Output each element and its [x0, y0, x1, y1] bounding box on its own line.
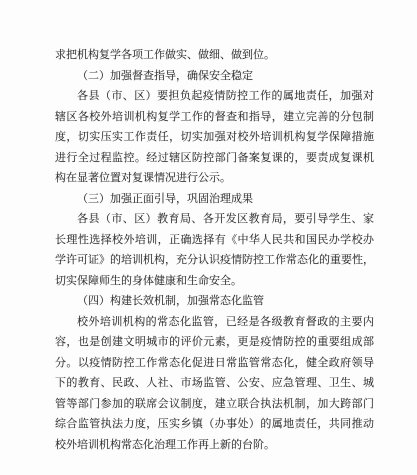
text-line: 各县（市、区）要担负起疫情防控工作的属地责任，加强对 — [55, 86, 374, 107]
text-line: 学许可证》的培训机构，充分认识疫情防控工作常态化的重要性， — [55, 250, 374, 271]
scanned-document-page: 求把机构复学各项工作做实、做细、做到位。（二）加强督查指导，确保安全稳定各县（市… — [0, 0, 417, 475]
text-line: 长理性选择校外培训，正确选择有《中华人民共和国民办学校办 — [55, 230, 374, 251]
text-line: 度，切实压实工作责任，切实加强对校外培训机构复学保障措施 — [55, 127, 374, 148]
text-line: （二）加强督查指导，确保安全稳定 — [55, 66, 374, 87]
text-line: （四）构建长效机制，加强常态化监管 — [55, 291, 374, 312]
text-line: 构在显著位置对复课情况进行公示。 — [55, 168, 374, 189]
text-line: 综合监管执法力度，压实乡镇（办事处）的属地责任，共同推动 — [55, 414, 374, 435]
text-line: （三）加强正面引导，巩固治理成果 — [55, 189, 374, 210]
document-text-block: 求把机构复学各项工作做实、做细、做到位。（二）加强督查指导，确保安全稳定各县（市… — [55, 45, 374, 455]
text-line: 校外培训机构的常态化监管，已经是各级教育督政的主要内 — [55, 312, 374, 333]
text-line: 各县（市、区）教育局、各开发区教育局，要引导学生、家 — [55, 209, 374, 230]
text-line: 下的教育、民政、人社、市场监管、公安、应急管理、卫生、城 — [55, 373, 374, 394]
text-line: 辖区各校外培训机构复学工作的督查和指导，建立完善的分包制 — [55, 107, 374, 128]
text-line: 进行全过程监控。经过辖区防控部门备案复课的，要责成复课机 — [55, 148, 374, 169]
text-line: 管等部门参加的联席会议制度，建立联合执法机制，加大跨部门 — [55, 394, 374, 415]
text-line: 分。以疫情防控工作常态化促进日常监管常态化，健全政府领导 — [55, 353, 374, 374]
text-line: 求把机构复学各项工作做实、做细、做到位。 — [55, 45, 374, 66]
text-line: 容，也是创建文明城市的评价元素，更是疫情防控的重要组成部 — [55, 332, 374, 353]
text-line: 校外培训机构常态化治理工作再上新的台阶。 — [55, 435, 374, 456]
text-line: 切实保障师生的身体健康和生命安全。 — [55, 271, 374, 292]
